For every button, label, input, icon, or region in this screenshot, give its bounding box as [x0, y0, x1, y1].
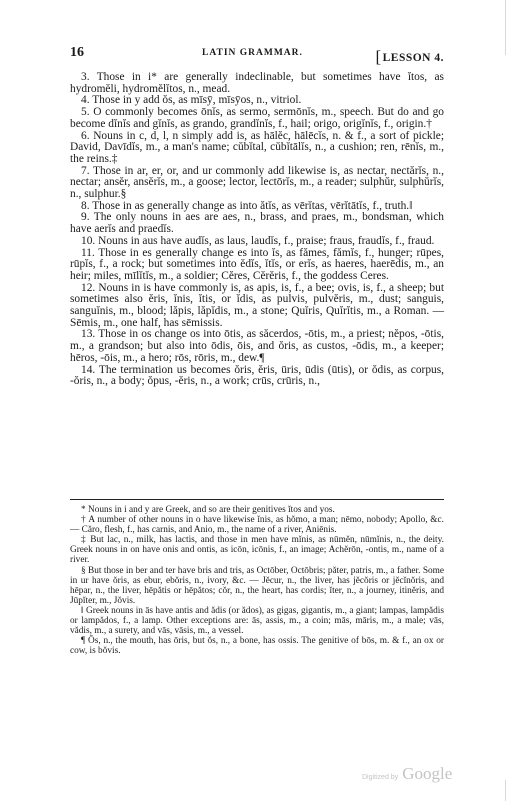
page-edge-line-bottom [505, 780, 506, 801]
lesson-label: [LESSON 4. [375, 46, 444, 66]
footnotes: * Nouns in i and y are Greek, and so are… [70, 505, 444, 656]
lesson-text: LESSON 4. [383, 52, 444, 64]
footnote-pilcrow: ¶ Ōs, n., the mouth, has ōris, but ŏs, n… [70, 636, 444, 656]
page-number: 16 [70, 45, 84, 61]
running-title: LATIN GRAMMAR. [202, 48, 303, 58]
lesson-bracket: [ [375, 47, 381, 66]
paragraph-12: 12. Nouns in is have commonly is, as api… [70, 283, 444, 330]
page-edge-line-top [505, 0, 506, 55]
footnote-parallel: ‖ Greek nouns in ās have antis and ădis … [70, 606, 444, 636]
footnote-divider [70, 499, 444, 500]
paragraph-11: 11. Those in es generally change es into… [70, 248, 444, 283]
footnote-double-dagger: ‡ But lac, n., milk, has lactis, and tho… [70, 535, 444, 565]
footnote-asterisk: * Nouns in i and y are Greek, and so are… [70, 505, 444, 515]
paragraph-7: 7. Those in ar, er, or, and ur commonly … [70, 166, 444, 201]
footnote-dagger: † A number of other nouns in o have like… [70, 515, 444, 535]
paragraph-13: 13. Those in os change os into ōtis, as … [70, 329, 444, 364]
main-text: 3. Those in i* are generally indeclinabl… [70, 72, 444, 388]
page-header: 16 LATIN GRAMMAR. [LESSON 4. [70, 45, 444, 63]
paragraph-14: 14. The termination us becomes ŏris, ĕri… [70, 365, 444, 388]
watermark-small-text: Digitized by [362, 774, 398, 781]
footnote-section: § But those in ber and ter have bris and… [70, 566, 444, 606]
paragraph-9: 9. The only nouns in aes are aes, n., br… [70, 212, 444, 235]
paragraph-5: 5. O commonly becomes ōnĭs, as sermo, se… [70, 107, 444, 130]
watermark-google-logo: Google [402, 764, 452, 783]
paragraph-6: 6. Nouns in c, d, l, n simply add is, as… [70, 131, 444, 166]
google-digitized-watermark: Digitized by Google [362, 764, 452, 784]
paragraph-3: 3. Those in i* are generally indeclinabl… [70, 72, 444, 95]
